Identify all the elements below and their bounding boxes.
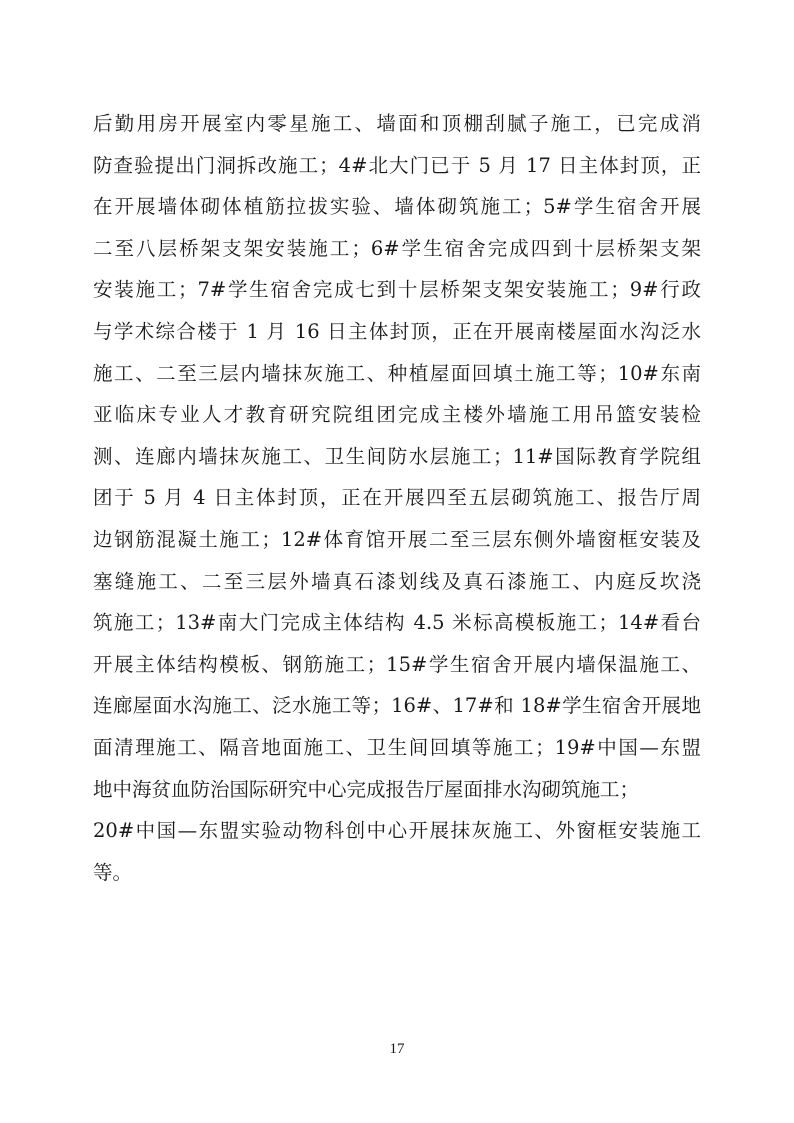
paragraph-line: 亚临床专业人才教育研究院组团完成主楼外墙施工用吊篮安装检	[93, 394, 701, 436]
paragraph-line: 二至八层桥架支架安装施工；6#学生宿舍完成四到十层桥架支架	[93, 228, 701, 270]
paragraph-line: 安装施工；7#学生宿舍完成七到十层桥架支架安装施工；9#行政	[93, 269, 701, 311]
paragraph-line: 塞缝施工、二至三层外墙真石漆划线及真石漆施工、内庭反坎浇	[93, 561, 701, 603]
paragraph-line: 开展主体结构模板、钢筋施工；15#学生宿舍开展内墙保温施工、	[93, 644, 701, 686]
paragraph-line: 地中海贫血防治国际研究中心完成报告厅屋面排水沟砌筑施工；	[93, 769, 701, 811]
paragraph-line: 面清理施工、隔音地面施工、卫生间回填等施工；19#中国—东盟	[93, 727, 701, 769]
document-page: 后勤用房开展室内零星施工、墙面和顶棚刮腻子施工，已完成消 防查验提出门洞拆改施工…	[0, 0, 794, 1123]
paragraph-line: 边钢筋混凝土施工；12#体育馆开展二至三层东侧外墙窗框安装及	[93, 519, 701, 561]
paragraph-line: 防查验提出门洞拆改施工；4#北大门已于 5 月 17 日主体封顶，正	[93, 145, 701, 187]
paragraph-line: 施工、二至三层内墙抹灰施工、种植屋面回填土施工等；10#东南	[93, 353, 701, 395]
paragraph-line: 等。	[93, 852, 701, 894]
paragraph-line: 测、连廊内墙抹灰施工、卫生间防水层施工；11#国际教育学院组	[93, 436, 701, 478]
page-number: 17	[0, 1041, 794, 1058]
body-paragraph: 后勤用房开展室内零星施工、墙面和顶棚刮腻子施工，已完成消 防查验提出门洞拆改施工…	[93, 103, 701, 893]
paragraph-line: 与学术综合楼于 1 月 16 日主体封顶，正在开展南楼屋面水沟泛水	[93, 311, 701, 353]
paragraph-line: 在开展墙体砌体植筋拉拔实验、墙体砌筑施工；5#学生宿舍开展	[93, 186, 701, 228]
paragraph-line: 筑施工；13#南大门完成主体结构 4.5 米标高模板施工；14#看台	[93, 602, 701, 644]
paragraph-line: 连廊屋面水沟施工、泛水施工等；16#、17#和 18#学生宿舍开展地	[93, 685, 701, 727]
paragraph-line: 团于 5 月 4 日主体封顶，正在开展四至五层砌筑施工、报告厅周	[93, 477, 701, 519]
paragraph-line: 20#中国—东盟实验动物科创中心开展抹灰施工、外窗框安装施工	[93, 810, 701, 852]
paragraph-line: 后勤用房开展室内零星施工、墙面和顶棚刮腻子施工，已完成消	[93, 103, 701, 145]
